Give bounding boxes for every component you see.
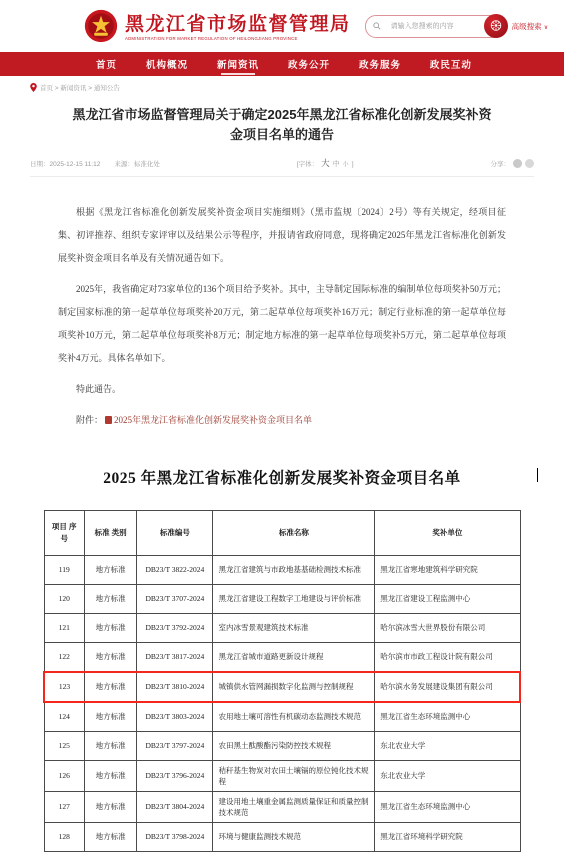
font-widget-close: ] [352,161,354,168]
table-cell: 地方标准 [84,760,136,791]
location-pin-icon [30,83,37,92]
table-cell: 黑龙江省寒地建筑科学研究院 [375,555,520,584]
table-cell: 环境与健康监测技术规范 [213,822,375,851]
org-title-en: ADMINISTRATION FOR MARKET REGULATION OF … [125,37,298,41]
share-icon-1[interactable] [513,159,522,168]
table-row: 119地方标准DB23/T 3822-2024黑龙江省建筑与市政地基基础检测技术… [44,555,520,584]
nav-item-gov-services[interactable]: 政务服务 [359,52,401,76]
table-cell: 农用地土壤可溶性有机碳动态监测技术规范 [213,702,375,732]
table-cell: 地方标准 [84,642,136,672]
table-cell: 121 [44,613,84,642]
table-row: 126地方标准DB23/T 3796-2024秸秆基生物炭对农田土壤镉的原位钝化… [44,760,520,791]
column-header-standard-category: 标准 类别 [84,510,136,555]
table-cell: 128 [44,822,84,851]
table-cell: 黑龙江省建设工程监测中心 [375,584,520,613]
table-row: 122地方标准DB23/T 3817-2024黑龙江省城市道路更新设计规程哈尔滨… [44,642,520,672]
project-table: 项目 序号 标准 类别 标准编号 标准名称 奖补单位 119地方标准DB23/T… [43,510,521,852]
page-title: 黑龙江省市场监督管理局关于确定2025年黑龙江省标准化创新发展奖补资金项目名单的… [70,105,494,145]
table-cell: DB23/T 3796-2024 [137,760,213,791]
nav-item-gov-disclosure[interactable]: 政务公开 [288,52,330,76]
table-cell: 122 [44,642,84,672]
table-cell: 黑龙江省环境科学研究院 [375,822,520,851]
table-cell: DB23/T 3797-2024 [137,731,213,760]
table-row: 125地方标准DB23/T 3797-2024农田黑土酞酸酯污染防控技术规程东北… [44,731,520,760]
table-cell: 地方标准 [84,613,136,642]
main-nav: 首页 机构概况 新闻资讯 政务公开 政务服务 政民互动 [0,52,564,76]
search-box[interactable] [365,15,507,38]
share-icon-2[interactable] [525,159,534,168]
table-cell: 黑龙江省建筑与市政地基基础检测技术标准 [213,555,375,584]
table-cell: 地方标准 [84,822,136,851]
table-cell: DB23/T 3707-2024 [137,584,213,613]
breadcrumb: 首页 > 新闻资讯 > 通知公告 [0,76,564,92]
column-header-standard-name: 标准名称 [213,510,375,555]
article-source: 来源：标准化处 [114,159,160,168]
table-row: 123地方标准DB23/T 3810-2024城镇供水管网漏损数字化监测与控制规… [44,672,520,702]
attachment-label: 附件： [76,415,103,425]
column-header-standard-code: 标准编号 [137,510,213,555]
advanced-search-link[interactable]: 高级搜索 ∨ [512,21,549,32]
brand: 黑龙江省市场监督管理局 ADMINISTRATION FOR MARKET RE… [84,9,365,43]
table-cell: 126 [44,760,84,791]
attachment-link[interactable]: 2025年黑龙江省标准化创新发展奖补资金项目名单 [114,415,312,425]
table-title: 2025 年黑龙江省标准化创新发展奖补资金项目名单 [103,470,460,487]
table-cell: DB23/T 3804-2024 [137,791,213,822]
org-title: 黑龙江省市场监督管理局 [125,9,365,36]
article-date: 日期：2025-12-15 11:12 [30,159,100,168]
font-widget-open: [字体： [297,159,318,168]
text-cursor [537,468,539,482]
column-header-award-unit: 奖补单位 [375,510,520,555]
table-cell: DB23/T 3810-2024 [137,672,213,702]
table-cell: 123 [44,672,84,702]
font-size-large-button[interactable]: 大 [321,157,330,169]
project-table-body: 119地方标准DB23/T 3822-2024黑龙江省建筑与市政地基基础检测技术… [44,555,520,851]
table-cell: 城镇供水管网漏损数字化监测与控制规程 [213,672,375,702]
search-input[interactable] [389,22,485,31]
table-cell: 124 [44,702,84,732]
table-cell: 黑龙江省城市道路更新设计规程 [213,642,375,672]
national-emblem-logo [84,9,118,43]
search-button-emblem-icon [490,19,502,32]
table-row: 127地方标准DB23/T 3804-2024建设用地土壤重金属监测质量保证和质… [44,791,520,822]
table-cell: 哈尔滨市市政工程设计院有限公司 [375,642,520,672]
table-cell: 地方标准 [84,731,136,760]
table-cell: 农田黑土酞酸酯污染防控技术规程 [213,731,375,760]
table-title-wrap: 2025 年黑龙江省标准化创新发展奖补资金项目名单 [0,466,564,488]
table-cell: 黑龙江省生态环境监测中心 [375,791,520,822]
article-meta: 日期：2025-12-15 11:12 来源：标准化处 [字体： 大 中 小 ]… [30,157,534,177]
table-cell: 东北农业大学 [375,760,520,791]
table-cell: 东北农业大学 [375,731,520,760]
share-label: 分享： [491,159,511,168]
table-cell: 室内冰雪景观建筑技术标准 [213,613,375,642]
nav-item-organization[interactable]: 机构概况 [146,52,188,76]
table-cell: 地方标准 [84,702,136,732]
column-header-project-no: 项目 序号 [44,510,84,555]
attachment-file-icon [105,416,112,424]
attachment-line: 附件：2025年黑龙江省标准化创新发展奖补资金项目名单 [58,409,506,432]
nav-item-news[interactable]: 新闻资讯 [217,52,259,76]
table-row: 128地方标准DB23/T 3798-2024环境与健康监测技术规范黑龙江省环境… [44,822,520,851]
site-header: 黑龙江省市场监督管理局 ADMINISTRATION FOR MARKET RE… [0,0,564,52]
body-paragraph: 特此通告。 [58,378,506,401]
table-cell: DB23/T 3803-2024 [137,702,213,732]
nav-item-home[interactable]: 首页 [96,52,117,76]
nav-item-interaction[interactable]: 政民互动 [430,52,472,76]
table-cell: 建设用地土壤重金属监测质量保证和质量控制技术规范 [213,791,375,822]
table-cell: 秸秆基生物炭对农田土壤镉的原位钝化技术规程 [213,760,375,791]
table-cell: 地方标准 [84,672,136,702]
table-cell: 地方标准 [84,555,136,584]
table-cell: 哈尔滨水务发展建设集团有限公司 [375,672,520,702]
body-paragraph: 根据《黑龙江省标准化创新发展奖补资金项目实施细则》（黑市监规〔2024〕2号）等… [58,201,506,270]
body-paragraph: 2025年，我省确定对73家单位的136个项目给予奖补。其中，主导制定国际标准的… [58,278,506,370]
table-cell: 哈尔滨冰雪大世界股份有限公司 [375,613,520,642]
search-area: 高级搜索 ∨ [365,15,549,38]
table-row: 120地方标准DB23/T 3707-2024黑龙江省建设工程数字工地建设与评价… [44,584,520,613]
table-cell: 119 [44,555,84,584]
table-cell: 127 [44,791,84,822]
table-cell: DB23/T 3798-2024 [137,822,213,851]
table-row: 124地方标准DB23/T 3803-2024农用地土壤可溶性有机碳动态监测技术… [44,702,520,732]
table-cell: DB23/T 3792-2024 [137,613,213,642]
search-icon [373,22,381,30]
breadcrumb-path[interactable]: 首页 > 新闻资讯 > 通知公告 [40,83,120,92]
table-header-row: 项目 序号 标准 类别 标准编号 标准名称 奖补单位 [44,510,520,555]
table-cell: 黑龙江省建设工程数字工地建设与评价标准 [213,584,375,613]
table-cell: 地方标准 [84,791,136,822]
font-size-medium-button[interactable]: 中 [333,159,340,169]
table-cell: DB23/T 3822-2024 [137,555,213,584]
font-size-small-button[interactable]: 小 [343,159,349,168]
chevron-down-icon: ∨ [544,25,548,31]
table-cell: 黑龙江省生态环境监测中心 [375,702,520,732]
table-cell: DB23/T 3817-2024 [137,642,213,672]
share-group: 分享： [491,159,535,168]
font-size-widget: [字体： 大 中 小 ] [297,157,354,169]
table-row: 121地方标准DB23/T 3792-2024室内冰雪景观建筑技术标准哈尔滨冰雪… [44,613,520,642]
table-cell: 120 [44,584,84,613]
article-body: 根据《黑龙江省标准化创新发展奖补资金项目实施细则》（黑市监规〔2024〕2号）等… [58,201,506,431]
search-submit-button[interactable] [484,14,508,38]
table-cell: 125 [44,731,84,760]
table-cell: 地方标准 [84,584,136,613]
